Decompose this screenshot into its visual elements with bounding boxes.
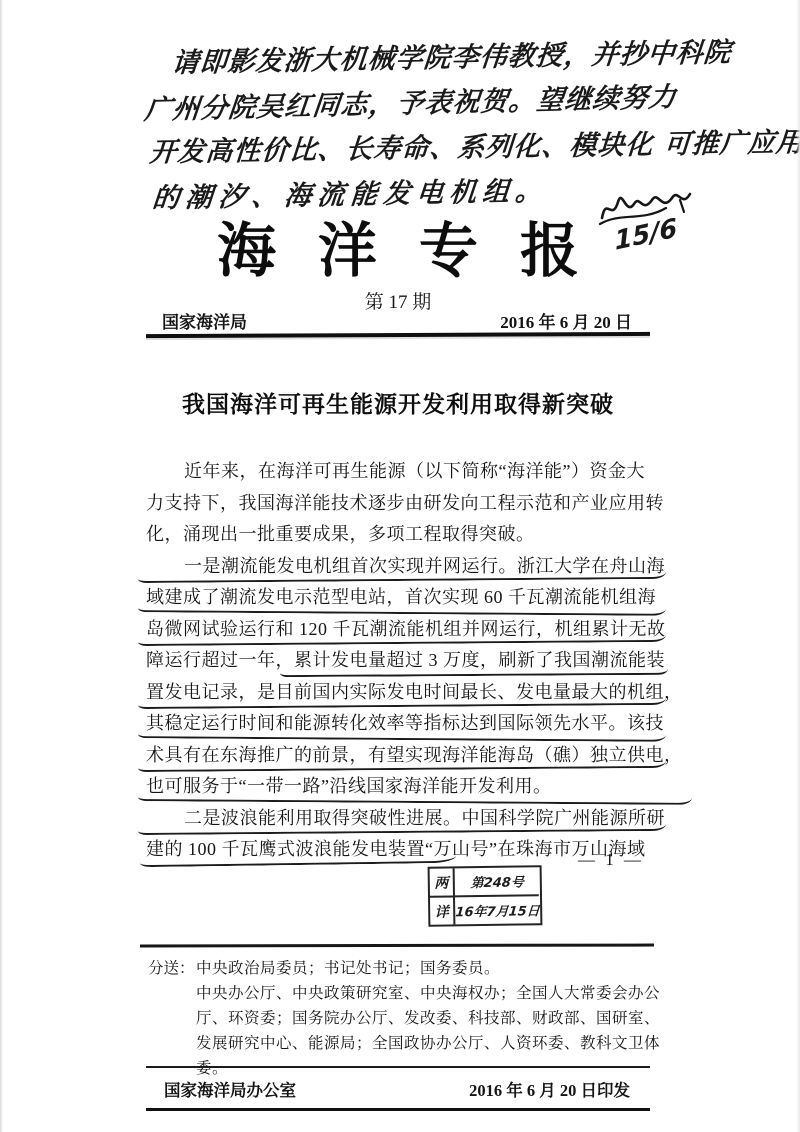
body-line: 岛微网试验运行和 120 千瓦潮流能机组并网运行，机组累计无故 xyxy=(146,614,662,646)
distribution-line: 中央办公厅、中央政策研究室、中央海权办；全国人大常委会办公 xyxy=(196,981,662,1006)
stamp-left-column: 两 详 xyxy=(430,868,456,924)
footer-top-divider xyxy=(146,1066,650,1068)
stamp-number: 第248号 xyxy=(454,867,541,897)
footer-office: 国家海洋局办公室 xyxy=(164,1077,296,1101)
article-body: 近年来，在海洋可再生能源（以下简称“海洋能”）资金大力支持下，我国海洋能技术逐步… xyxy=(146,456,662,866)
body-line: 力支持下，我国海洋能技术逐步由研发向工程示范和产业应用转 xyxy=(146,488,662,520)
agency-name: 国家海洋局 xyxy=(162,308,247,333)
masthead-divider xyxy=(146,332,650,338)
body-line: 置发电记录，是目前国内实际发电时间最长、发电量最大的机组， xyxy=(146,677,662,709)
scanned-document-page: 请即影发浙大机械学院李伟教授，并抄中科院广州分院吴红同志，予表祝贺。望继续努力开… xyxy=(0,0,800,1132)
masthead-info-row: 国家海洋局 2016 年 6 月 20 日 xyxy=(146,308,650,333)
distribution-label: 分送： xyxy=(148,956,195,981)
body-line: 其稳定运行时间和能源转化效率等指标达到国际领先水平。该技 xyxy=(146,708,662,740)
distribution-lines: 中央政治局委员；书记处书记；国务委员。中央办公厅、中央政策研究室、中央海权办；全… xyxy=(196,956,662,1081)
body-line: 域建成了潮流发电示范型电站，首次实现 60 千瓦潮流能机组海 xyxy=(146,582,662,614)
footer-bottom-divider xyxy=(146,1108,650,1111)
body-line: 化，涌现出一批重要成果，多项工程取得突破。 xyxy=(146,519,662,551)
stamp-right-column: 第248号 16年7月15日 xyxy=(455,867,541,924)
distribution-line: 厅、环资委；国务院办公厅、发改委、科技部、财政部、国研室、 xyxy=(196,1006,662,1031)
body-line: 障运行超过一年，累计发电量超过 3 万度，刷新了我国潮流能装 xyxy=(146,645,662,677)
distribution-top-divider xyxy=(140,944,654,948)
body-line: 近年来，在海洋可再生能源（以下简称“海洋能”）资金大 xyxy=(146,456,662,488)
footer-row: 国家海洋局办公室 2016 年 6 月 20 日印发 xyxy=(146,1077,650,1101)
footer-print-date: 2016 年 6 月 20 日印发 xyxy=(469,1077,630,1101)
stamp-left-top: 两 xyxy=(430,868,453,897)
page-number: — 1 — xyxy=(146,850,650,870)
registry-stamp: 两 详 第248号 16年7月15日 xyxy=(428,865,543,927)
body-line: 一是潮流能发电机组首次实现并网运行。浙江大学在舟山海 xyxy=(146,551,662,583)
stamp-left-bottom: 详 xyxy=(430,897,453,924)
body-line: 二是波浪能利用取得突破性进展。中国科学院广州能源所研 xyxy=(146,803,662,835)
distribution-line: 中央政治局委员；书记处书记；国务委员。 xyxy=(196,956,662,981)
article-title: 我国海洋可再生能源开发利用取得新突破 xyxy=(146,386,650,419)
distribution-line: 发展研究中心、能源局；全国政协办公厅、人资环委、教科文卫体 xyxy=(196,1031,662,1056)
distribution-list: 分送： 中央政治局委员；书记处书记；国务委员。中央办公厅、中央政策研究室、中央海… xyxy=(146,956,662,1081)
body-line: 也可服务于“一带一路”沿线国家海洋能开发利用。 xyxy=(146,771,662,803)
stamp-date: 16年7月15日 xyxy=(454,896,541,924)
masthead-title: 海洋专报 xyxy=(148,203,648,288)
issue-date: 2016 年 6 月 20 日 xyxy=(500,308,632,333)
body-line: 术具有在东海推广的前景，有望实现海洋能海岛（礁）独立供电， xyxy=(146,740,662,772)
